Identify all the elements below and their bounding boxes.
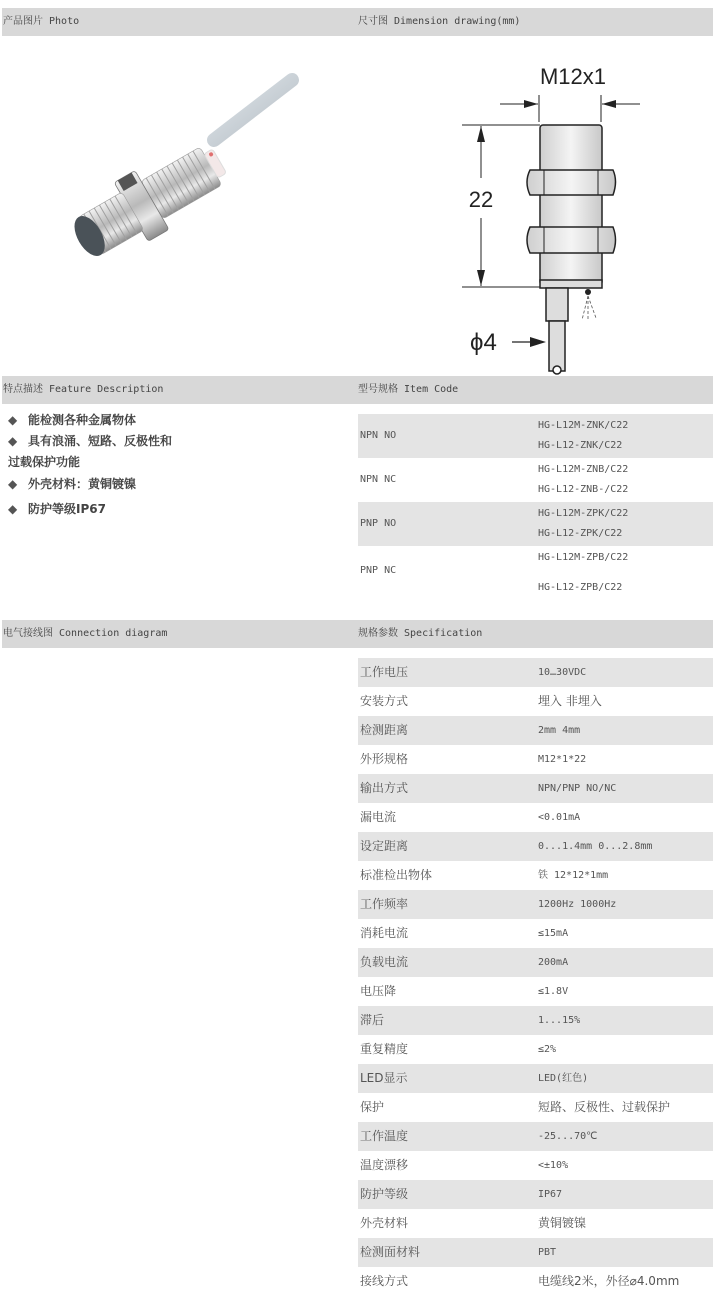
model-code: HG-L12-ZNK/C22 [538, 440, 622, 451]
spec-key: 工作电压 [360, 658, 408, 687]
spec-row: 检测距离2mm 4mm [358, 716, 713, 745]
thread-label: M12x1 [540, 64, 606, 89]
section-title-features: 特点描述 Feature Description [3, 376, 163, 404]
spec-row: 工作频率1200Hz 1000Hz [358, 890, 713, 919]
spec-value: LED(红色) [538, 1064, 588, 1093]
spec-row: 接线方式电缆线2米，外径⌀4.0mm [358, 1267, 713, 1296]
spec-row: 检测面材料PBT [358, 1238, 713, 1267]
item-code-row: PNP NC HG-L12M-ZPB/C22 HG-L12-ZPB/C22 [358, 546, 713, 600]
spec-key: 消耗电流 [360, 919, 408, 948]
spec-key: 检测面材料 [360, 1238, 420, 1267]
spec-key: 工作温度 [360, 1122, 408, 1151]
product-photo [2, 40, 347, 370]
section-title-connection: 电气接线图 Connection diagram [3, 620, 167, 648]
spec-row: 电压降≤1.8V [358, 977, 713, 1006]
spec-value: ≤2% [538, 1035, 556, 1064]
model-code: HG-L12M-ZNB/C22 [538, 464, 628, 475]
spec-row: 重复精度≤2% [358, 1035, 713, 1064]
spec-row: 工作电压10…30VDC [358, 658, 713, 687]
spec-value: ≤15mA [538, 919, 568, 948]
cable-diameter-label: ϕ4 [470, 329, 497, 356]
spec-row: 保护短路、反极性、过载保护 [358, 1093, 713, 1122]
feature-item: ◆能检测各种金属物体 [8, 410, 348, 431]
item-code-row: NPN NC HG-L12M-ZNB/C22 HG-L12-ZNB-/C22 [358, 458, 713, 502]
feature-item: ◆外壳材料：黄铜镀镍 [8, 474, 348, 495]
spec-row: 工作温度-25...70℃ [358, 1122, 713, 1151]
spec-key: 外形规格 [360, 745, 408, 774]
spec-value: IP67 [538, 1180, 562, 1209]
item-code-table: NPN NO HG-L12M-ZNK/C22 HG-L12-ZNK/C22 NP… [358, 414, 713, 600]
spec-key: 接线方式 [360, 1267, 408, 1296]
spec-row: 输出方式NPN/PNP NO/NC [358, 774, 713, 803]
diamond-bullet-icon: ◆ [8, 431, 28, 452]
spec-key: 漏电流 [360, 803, 396, 832]
section-title-specification: 规格参数 Specification [358, 620, 482, 648]
spec-row: 外壳材料黄铜镀镍 [358, 1209, 713, 1238]
item-code-row: NPN NO HG-L12M-ZNK/C22 HG-L12-ZNK/C22 [358, 414, 713, 458]
model-code: HG-L12-ZNB-/C22 [538, 484, 628, 495]
spec-value: <±10% [538, 1151, 568, 1180]
sensor-photo-illustration [2, 40, 347, 370]
spec-value: 1...15% [538, 1006, 580, 1035]
spec-value: 10…30VDC [538, 658, 586, 687]
spec-value: NPN/PNP NO/NC [538, 774, 616, 803]
spec-row: 标准检出物体铁 12*12*1mm [358, 861, 713, 890]
spec-row: 设定距离0...1.4mm 0...2.8mm [358, 832, 713, 861]
spec-row: 消耗电流≤15mA [358, 919, 713, 948]
section-header-photo-dimension: 产品图片 Photo 尺寸图 Dimension drawing(mm) [2, 8, 713, 36]
spec-key: 防护等级 [360, 1180, 408, 1209]
section-header-connection-spec: 电气接线图 Connection diagram 规格参数 Specificat… [2, 620, 713, 648]
output-type: NPN NO [360, 414, 396, 458]
diamond-bullet-icon: ◆ [8, 474, 28, 495]
spec-value: 埋入 非埋入 [538, 687, 602, 716]
model-code: HG-L12M-ZPB/C22 [538, 552, 628, 563]
spec-value: <0.01mA [538, 803, 580, 832]
length-label: 22 [469, 187, 493, 212]
spec-key: 检测距离 [360, 716, 408, 745]
spec-key: 负载电流 [360, 948, 408, 977]
model-code: HG-L12-ZPK/C22 [538, 528, 622, 539]
diamond-bullet-icon: ◆ [8, 410, 28, 431]
spec-key: 设定距离 [360, 832, 408, 861]
diamond-bullet-icon: ◆ [8, 499, 28, 520]
dimension-drawing: M12x1 22 ϕ4 [358, 40, 713, 375]
spec-key: LED显示 [360, 1064, 408, 1093]
spec-key: 标准检出物体 [360, 861, 432, 890]
section-header-features-itemcode: 特点描述 Feature Description 型号规格 Item Code [2, 376, 713, 404]
spec-row: 外形规格M12*1*22 [358, 745, 713, 774]
spec-key: 工作频率 [360, 890, 408, 919]
spec-key: 保护 [360, 1093, 384, 1122]
section-title-photo: 产品图片 Photo [3, 8, 79, 36]
spec-key: 电压降 [360, 977, 396, 1006]
model-code: HG-L12M-ZNK/C22 [538, 420, 628, 431]
spec-row: 负载电流200mA [358, 948, 713, 977]
spec-row: 滞后1...15% [358, 1006, 713, 1035]
spec-key: 外壳材料 [360, 1209, 408, 1238]
spec-value: 黄铜镀镍 [538, 1209, 586, 1238]
spec-value: 电缆线2米，外径⌀4.0mm [538, 1267, 679, 1296]
spec-key: 滞后 [360, 1006, 384, 1035]
section-title-item-code: 型号规格 Item Code [358, 376, 458, 404]
spec-value: PBT [538, 1238, 556, 1267]
spec-value: 200mA [538, 948, 568, 977]
model-code: HG-L12-ZPB/C22 [538, 582, 622, 593]
spec-row: 温度漂移<±10% [358, 1151, 713, 1180]
spec-value: 1200Hz 1000Hz [538, 890, 616, 919]
spec-row: 安装方式埋入 非埋入 [358, 687, 713, 716]
spec-value: -25...70℃ [538, 1122, 597, 1151]
spec-value: 0...1.4mm 0...2.8mm [538, 832, 652, 861]
spec-row: 防护等级IP67 [358, 1180, 713, 1209]
item-code-row: PNP NO HG-L12M-ZPK/C22 HG-L12-ZPK/C22 [358, 502, 713, 546]
spec-value: 2mm 4mm [538, 716, 580, 745]
spec-row: 漏电流<0.01mA [358, 803, 713, 832]
spec-row: LED显示LED(红色) [358, 1064, 713, 1093]
feature-list: ◆能检测各种金属物体 ◆具有浪涌、短路、反极性和 过载保护功能 ◆外壳材料：黄铜… [8, 410, 348, 520]
spec-key: 重复精度 [360, 1035, 408, 1064]
feature-item-continuation: 过载保护功能 [8, 452, 348, 473]
spec-key: 安装方式 [360, 687, 408, 716]
spec-key: 温度漂移 [360, 1151, 408, 1180]
output-type: PNP NC [360, 546, 396, 596]
output-type: PNP NO [360, 502, 396, 546]
spec-value: M12*1*22 [538, 745, 586, 774]
section-title-dimension: 尺寸图 Dimension drawing(mm) [358, 8, 520, 36]
dimension-drawing-svg: M12x1 22 ϕ4 [358, 40, 713, 375]
spec-key: 输出方式 [360, 774, 408, 803]
spec-value: 短路、反极性、过载保护 [538, 1093, 670, 1122]
model-code: HG-L12M-ZPK/C22 [538, 508, 628, 519]
spec-value: ≤1.8V [538, 977, 568, 1006]
feature-item: ◆具有浪涌、短路、反极性和 [8, 431, 348, 452]
output-type: NPN NC [360, 458, 396, 502]
spec-value: 铁 12*12*1mm [538, 861, 608, 890]
specification-table: 工作电压10…30VDC 安装方式埋入 非埋入 检测距离2mm 4mm 外形规格… [358, 658, 713, 1296]
feature-item: ◆防护等级IP67 [8, 499, 348, 520]
